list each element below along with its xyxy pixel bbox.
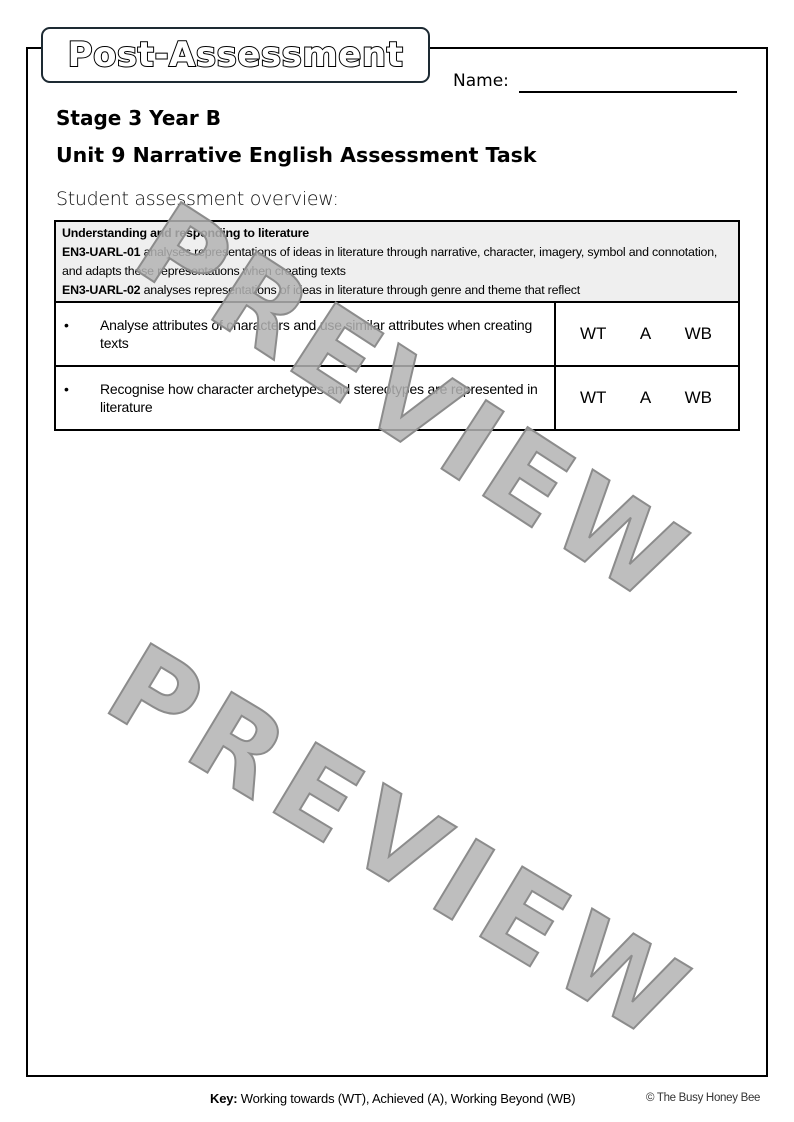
copyright: © The Busy Honey Bee (646, 1092, 760, 1104)
grade-a[interactable]: A (640, 324, 651, 344)
outcome-1: EN3-UARL-01 analyses representations of … (62, 243, 732, 281)
strand-title: Understanding and responding to literatu… (62, 224, 732, 243)
overview-heading: Student assessment overview: (56, 188, 339, 210)
outcome-text: analyses representations of ideas in lit… (140, 283, 580, 297)
stage-heading: Stage 3 Year B (56, 106, 221, 130)
outcome-code: EN3-UARL-02 (62, 283, 140, 297)
grade-a[interactable]: A (640, 388, 651, 408)
grade-wb[interactable]: WB (685, 388, 712, 408)
outcome-2: EN3-UARL-02 analyses representations of … (62, 281, 732, 300)
grade-wt[interactable]: WT (580, 388, 606, 408)
grading-key: Key: Working towards (WT), Achieved (A),… (210, 1091, 575, 1106)
outcome-text: analyses representations of ideas in lit… (62, 245, 717, 278)
table-row: • Analyse attributes of characters and u… (55, 302, 739, 366)
table-row: • Recognise how character archetypes and… (55, 366, 739, 430)
name-label: Name: (453, 71, 509, 91)
criterion-text: Recognise how character archetypes and s… (100, 380, 554, 416)
grade-wb[interactable]: WB (685, 324, 712, 344)
title-banner: Post-Assessment (41, 27, 430, 83)
page-title: Post-Assessment (68, 38, 404, 72)
assessment-table: Understanding and responding to literatu… (54, 220, 740, 431)
unit-heading: Unit 9 Narrative English Assessment Task (56, 143, 537, 167)
key-text: Working towards (WT), Achieved (A), Work… (237, 1091, 575, 1106)
criterion-text: Analyse attributes of characters and use… (100, 316, 554, 352)
bullet-icon: • (64, 380, 100, 398)
outcome-code: EN3-UARL-01 (62, 245, 140, 259)
outcomes-header: Understanding and responding to literatu… (55, 221, 739, 302)
bullet-icon: • (64, 316, 100, 334)
name-field[interactable] (519, 91, 737, 93)
grade-wt[interactable]: WT (580, 324, 606, 344)
key-label: Key: (210, 1091, 237, 1106)
